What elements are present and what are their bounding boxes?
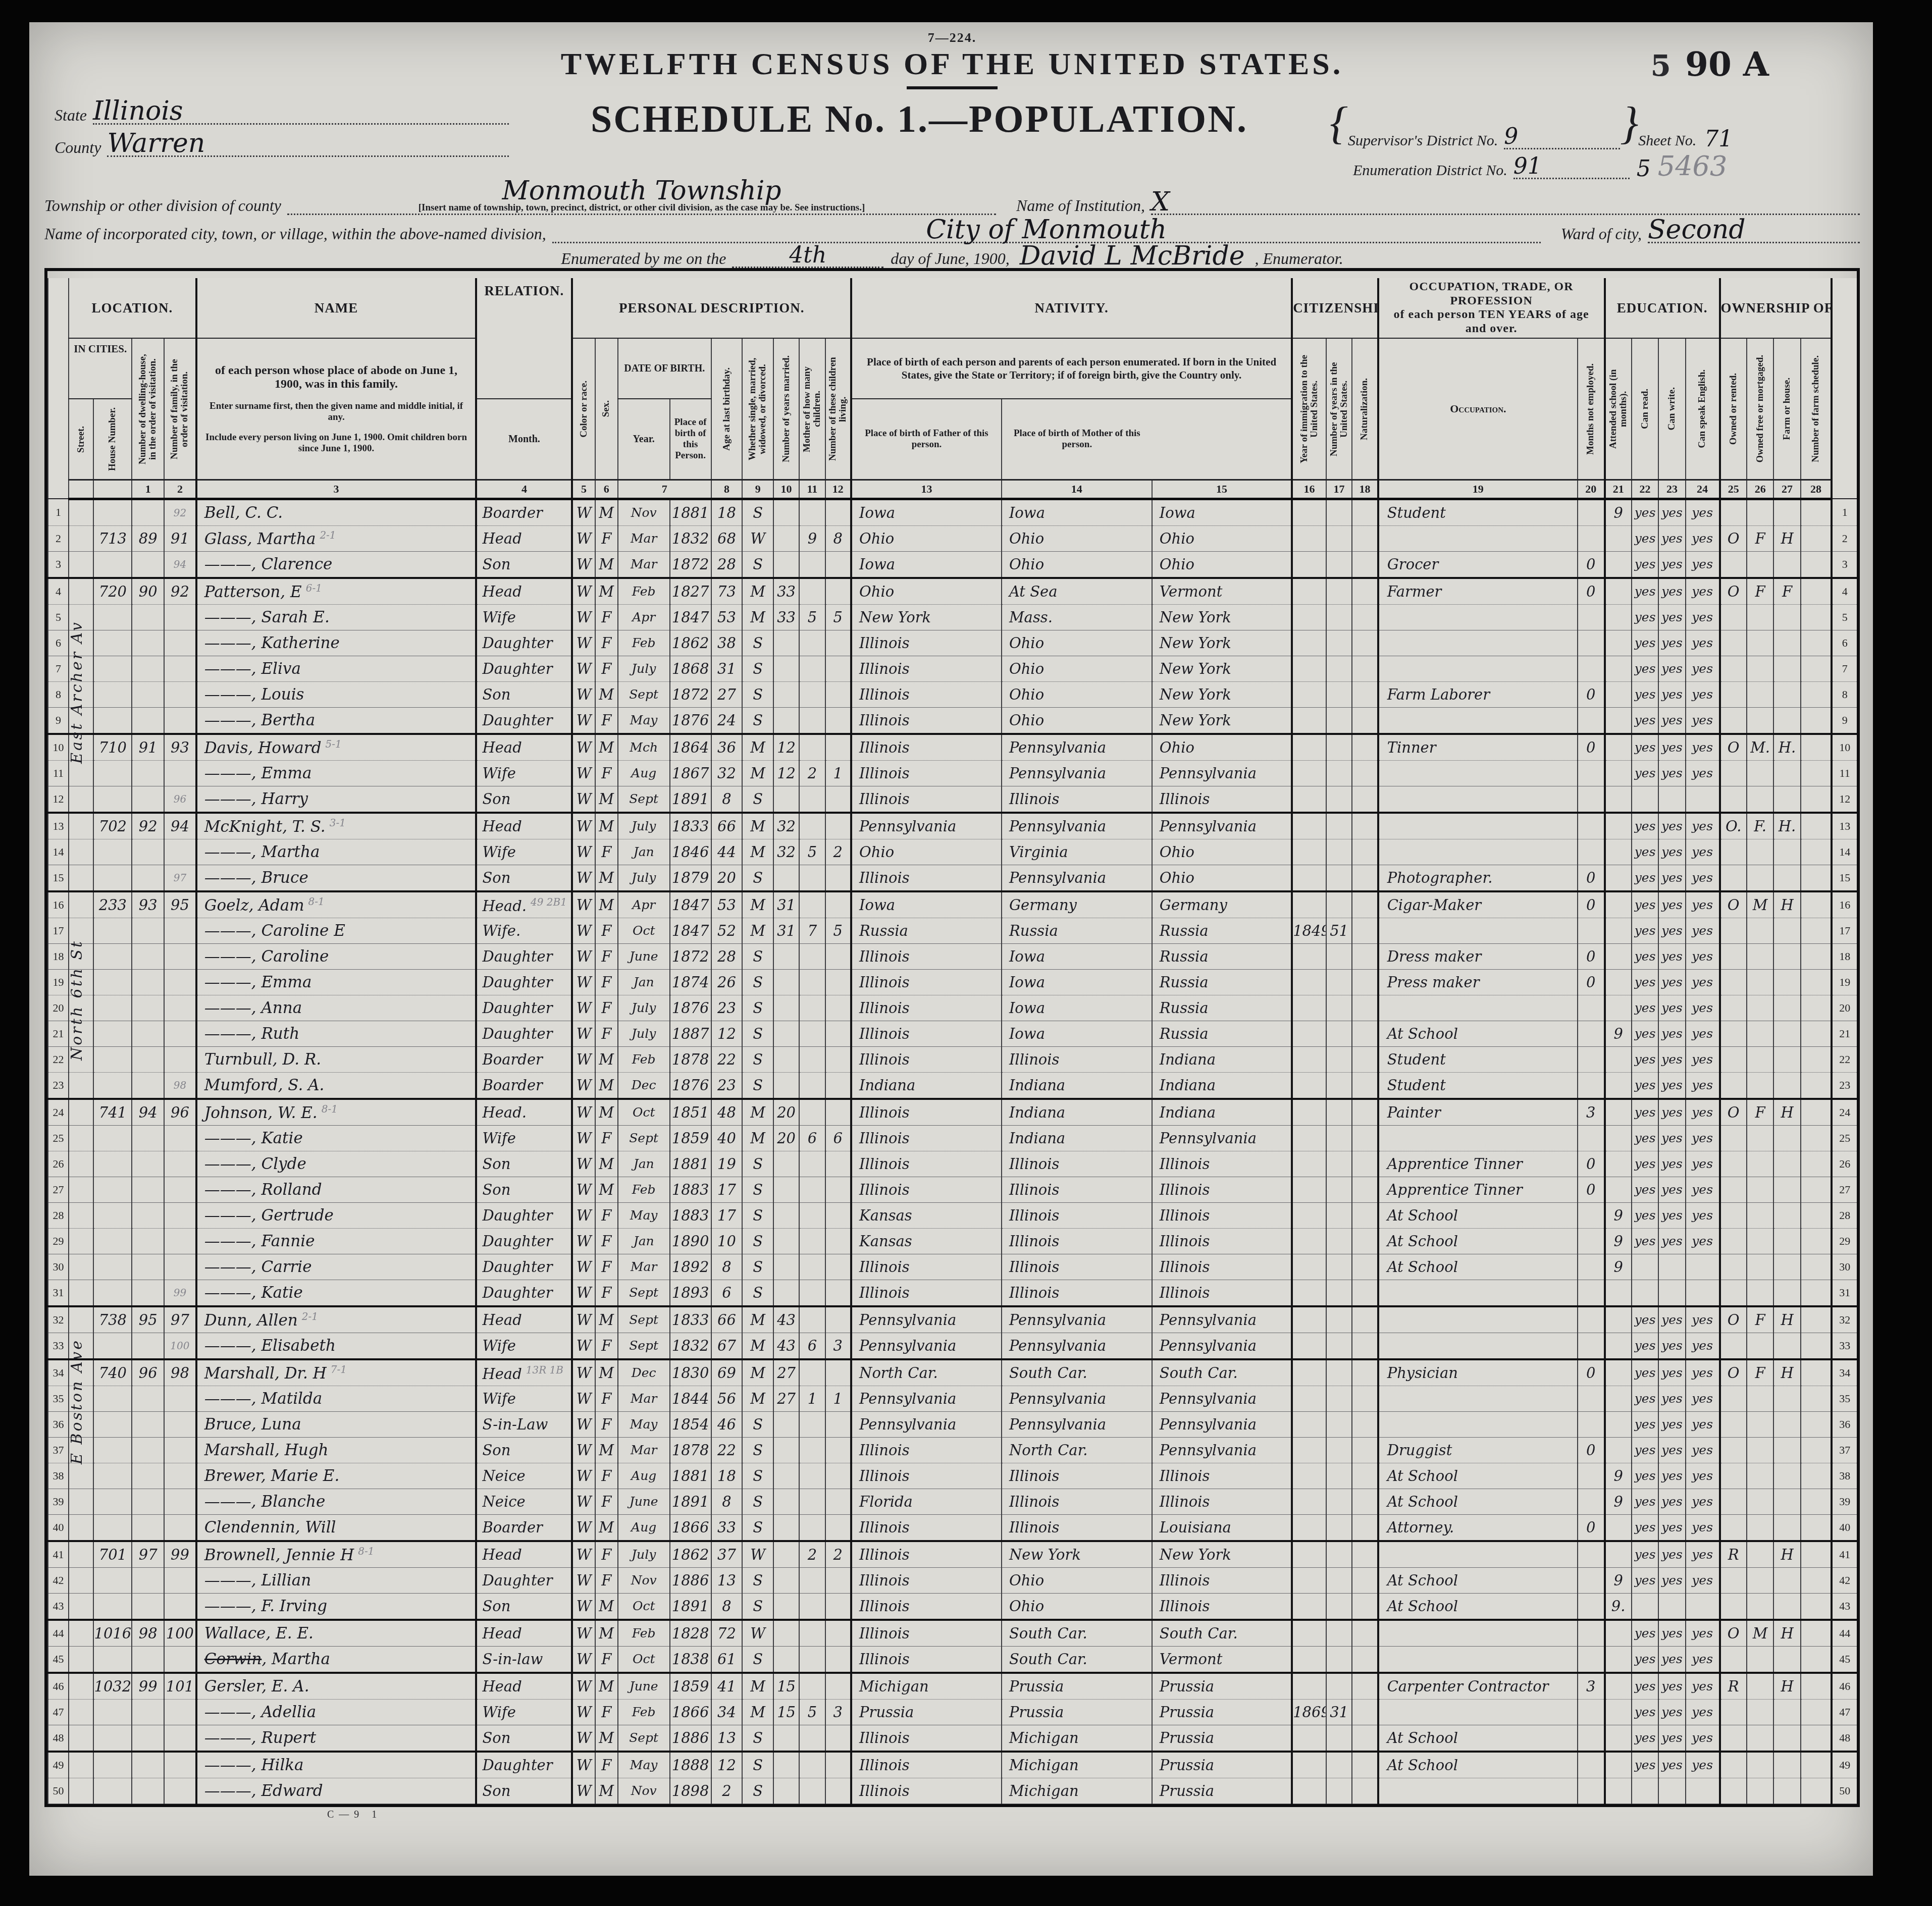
cell-fh <box>1773 499 1800 525</box>
cell-nm: Brownell, Jennie H8-1 <box>196 1541 477 1568</box>
cell-rl: Boarder <box>476 1072 572 1099</box>
cell-wr: yes <box>1658 1699 1685 1725</box>
cell-yu <box>1326 995 1352 1021</box>
col-dob: DATE OF BIRTH. <box>618 338 711 399</box>
cell-ym: 27 <box>773 1386 799 1411</box>
cell-en: yes <box>1686 1386 1720 1411</box>
cell-f <box>164 1489 196 1514</box>
cell-na <box>1352 551 1378 578</box>
cell-ms: W <box>742 1620 773 1647</box>
cell-rl: Head <box>476 813 572 839</box>
cell-d <box>132 918 164 943</box>
township-label: Township or other division of county <box>44 196 281 215</box>
cell-ue <box>1578 707 1604 734</box>
cell-om <box>1747 760 1773 786</box>
cell-d <box>132 1646 164 1673</box>
cell-c: W <box>572 656 595 681</box>
cell-mo: July <box>618 813 670 839</box>
cell-cl <box>825 656 851 681</box>
cell-h <box>93 551 132 578</box>
sheet-pencil: 5 <box>1637 159 1651 179</box>
table-row: 21———, RuthDaughterWFJuly188712SIllinois… <box>48 1021 1857 1046</box>
cell-fh <box>1773 1333 1800 1359</box>
cell-sc <box>1605 604 1632 630</box>
cell-f <box>164 969 196 995</box>
cell-sc <box>1605 1411 1632 1437</box>
cell-d <box>132 630 164 656</box>
cell-ow: O <box>1720 734 1747 761</box>
cell-yu <box>1326 1411 1352 1437</box>
cell-na <box>1352 1699 1378 1725</box>
cell-om <box>1747 1254 1773 1280</box>
cell-cl: 5 <box>825 604 851 630</box>
cell-pm: Prussia <box>1152 1725 1292 1752</box>
cell-pb: Illinois <box>851 1099 1002 1126</box>
cell-fs <box>1801 1778 1832 1804</box>
cell-f: 99 <box>164 1541 196 1568</box>
cell-f: 98 <box>164 1072 196 1099</box>
cell-f <box>164 1778 196 1804</box>
cell-c: W <box>572 969 595 995</box>
cell-fh <box>1773 1725 1800 1752</box>
cell-yr: 1876 <box>670 707 711 734</box>
cell-cl <box>825 1359 851 1386</box>
cell-rd: yes <box>1632 1567 1658 1593</box>
cell-ue <box>1578 1254 1604 1280</box>
cell-nm: ———, F. Irving <box>196 1593 477 1620</box>
cell-om <box>1747 1699 1773 1725</box>
cell-yr: 1890 <box>670 1228 711 1254</box>
census-sheet: 7—224. TWELFTH CENSUS OF THE UNITED STAT… <box>29 22 1873 1876</box>
cell-ym <box>773 1752 799 1778</box>
cell-ym: 32 <box>773 813 799 839</box>
cell-pm: New York <box>1152 656 1292 681</box>
cell-yr: 1847 <box>670 918 711 943</box>
cell-h <box>93 1202 132 1228</box>
cell-fs <box>1801 891 1832 918</box>
cell-sc: 9 <box>1605 1567 1632 1593</box>
cell-pb: Pennsylvania <box>851 813 1002 839</box>
cell-oc: Student <box>1378 1046 1578 1072</box>
cell-nm: ———, Eliva <box>196 656 477 681</box>
cell-d: 90 <box>132 578 164 605</box>
row-number-left: 29 <box>48 1228 69 1254</box>
cell-om: F <box>1747 1306 1773 1333</box>
cell-ym <box>773 1151 799 1177</box>
cell-en: yes <box>1686 1699 1720 1725</box>
cell-h <box>93 1333 132 1359</box>
cell-fs <box>1801 1359 1832 1386</box>
cell-ue <box>1578 525 1604 551</box>
cell-pm: Pennsylvania <box>1152 813 1292 839</box>
cell-rd <box>1632 786 1658 813</box>
cell-nm: ———, Gertrude <box>196 1202 477 1228</box>
cell-yr: 1866 <box>670 1514 711 1541</box>
cell-yu <box>1326 551 1352 578</box>
cell-om <box>1747 630 1773 656</box>
cell-h: 740 <box>93 1359 132 1386</box>
cell-h <box>93 865 132 891</box>
cell-ms: S <box>742 995 773 1021</box>
cell-fs <box>1801 604 1832 630</box>
cell-pm: New York <box>1152 604 1292 630</box>
cell-pb: Illinois <box>851 1567 1002 1593</box>
cell-yr: 1833 <box>670 813 711 839</box>
cell-f <box>164 707 196 734</box>
group-location: LOCATION. <box>69 278 196 338</box>
table-row: 137029294McKnight, T. S.3-1HeadWMJuly183… <box>48 813 1857 839</box>
cell-nm: Glass, Martha2-1 <box>196 525 477 551</box>
cell-cl <box>825 1778 851 1804</box>
cell-yr: 1851 <box>670 1099 711 1126</box>
cell-cl <box>825 1046 851 1072</box>
row-number-left: 45 <box>48 1646 69 1673</box>
cell-sc <box>1605 1541 1632 1568</box>
cell-f: 96 <box>164 1099 196 1126</box>
cell-wr <box>1658 1254 1685 1280</box>
cell-pb: Illinois <box>851 681 1002 707</box>
cell-ms: M <box>742 734 773 761</box>
cell-ow: O <box>1720 1306 1747 1333</box>
table-row: 44101698100Wallace, E. E.HeadWMFeb182872… <box>48 1620 1857 1647</box>
cell-om <box>1747 1046 1773 1072</box>
cell-ag: 41 <box>711 1673 743 1700</box>
cell-ue: 0 <box>1578 551 1604 578</box>
cell-nm: ———, Ruth <box>196 1021 477 1046</box>
cell-wr: yes <box>1658 1021 1685 1046</box>
cell-sc: 9 <box>1605 1021 1632 1046</box>
cell-rl: Son <box>476 1778 572 1804</box>
cell-h <box>93 656 132 681</box>
cell-pm: Illinois <box>1152 1463 1292 1489</box>
cell-fh: H. <box>1773 813 1800 839</box>
cell-s: M <box>595 1177 618 1202</box>
cell-pb: Ohio <box>851 578 1002 605</box>
cell-pf: Russia <box>1002 918 1152 943</box>
cell-oc <box>1378 1306 1578 1333</box>
row-number-left: 19 <box>48 969 69 995</box>
col-years-us: Number of years in the United States. <box>1329 352 1349 466</box>
cell-ag: 6 <box>711 1280 743 1306</box>
cell-mo: Oct <box>618 918 670 943</box>
cell-iy <box>1292 1099 1326 1126</box>
cell-en: yes <box>1686 1151 1720 1177</box>
cell-ue: 0 <box>1578 865 1604 891</box>
cell-pf: Iowa <box>1002 499 1152 525</box>
row-number-right: 26 <box>1832 1151 1857 1177</box>
cell-yu <box>1326 1463 1352 1489</box>
cell-oc: Attorney. <box>1378 1514 1578 1541</box>
cell-nm: ———, Emma <box>196 760 477 786</box>
cell-pf: Michigan <box>1002 1752 1152 1778</box>
cell-rd: yes <box>1632 760 1658 786</box>
col-month: Month. <box>476 399 572 480</box>
cell-ag: 44 <box>711 839 743 865</box>
table-row: 43———, F. IrvingSonWMOct18918SIllinoisOh… <box>48 1593 1857 1620</box>
cell-mo: Mar <box>618 1437 670 1463</box>
row-number-left: 18 <box>48 943 69 969</box>
cell-s: F <box>595 1202 618 1228</box>
table-row: 107109193Davis, Howard5-1HeadWMMch186436… <box>48 734 1857 761</box>
cell-pf: Pennsylvania <box>1002 1386 1152 1411</box>
cell-ms: S <box>742 1778 773 1804</box>
cell-pf: Iowa <box>1002 969 1152 995</box>
cell-s: M <box>595 1437 618 1463</box>
cell-fh <box>1773 656 1800 681</box>
cell-h <box>93 1280 132 1306</box>
cell-d <box>132 1489 164 1514</box>
table-row: 48———, RupertSonWMSept188613SIllinoisMic… <box>48 1725 1857 1752</box>
cell-ag: 27 <box>711 681 743 707</box>
cell-mo: Jan <box>618 839 670 865</box>
col-family: Number of family, in the order of visita… <box>170 352 190 466</box>
cell-yu <box>1326 656 1352 681</box>
sheet-stamp: 590 A <box>1651 44 1769 84</box>
cell-ow <box>1720 707 1747 734</box>
table-row: 1296———, HarrySonWMSept18918SIllinoisIll… <box>48 786 1857 813</box>
cell-h <box>93 1411 132 1437</box>
cell-s: F <box>595 1541 618 1568</box>
cell-fs <box>1801 734 1832 761</box>
cell-mc: 2 <box>799 760 825 786</box>
cell-ue <box>1578 813 1604 839</box>
cell-sc: 9 <box>1605 1202 1632 1228</box>
cell-h: 701 <box>93 1541 132 1568</box>
cell-sc <box>1605 1099 1632 1126</box>
cell-pb: Pennsylvania <box>851 1306 1002 1333</box>
cell-oc: At School <box>1378 1752 1578 1778</box>
cell-ms: S <box>742 969 773 995</box>
institution-value: X <box>1151 187 1170 217</box>
cell-ag: 18 <box>711 1463 743 1489</box>
cell-rl: Neice <box>476 1489 572 1514</box>
state-county-block: State Illinois County Warren <box>44 92 509 179</box>
cell-ue <box>1578 1752 1604 1778</box>
cell-en <box>1686 1280 1720 1306</box>
cell-s: M <box>595 1306 618 1333</box>
cell-yr: 1886 <box>670 1567 711 1593</box>
cell-mo: Mar <box>618 551 670 578</box>
cell-fs <box>1801 1125 1832 1151</box>
cell-pm: Indiana <box>1152 1072 1292 1099</box>
cell-yr: 1844 <box>670 1386 711 1411</box>
cell-s: F <box>595 1386 618 1411</box>
cell-cl: 1 <box>825 760 851 786</box>
cell-yu <box>1326 1228 1352 1254</box>
cell-yr: 1874 <box>670 969 711 995</box>
cell-wr: yes <box>1658 578 1685 605</box>
cell-fh <box>1773 1699 1800 1725</box>
cell-pf: Prussia <box>1002 1673 1152 1700</box>
cell-oc <box>1378 839 1578 865</box>
cell-ow <box>1720 1489 1747 1514</box>
cell-mc <box>799 1646 825 1673</box>
cell-ms: M <box>742 1699 773 1725</box>
cell-pb: Illinois <box>851 1437 1002 1463</box>
cell-c: W <box>572 604 595 630</box>
cell-mc: 6 <box>799 1125 825 1151</box>
cell-mc <box>799 813 825 839</box>
cell-pf: Ohio <box>1002 525 1152 551</box>
cell-yr: 1891 <box>670 786 711 813</box>
cell-mc <box>799 1306 825 1333</box>
cell-pb: Pennsylvania <box>851 1386 1002 1411</box>
cell-iy <box>1292 1752 1326 1778</box>
cell-fh <box>1773 760 1800 786</box>
cell-s: M <box>595 891 618 918</box>
cell-rd: yes <box>1632 1411 1658 1437</box>
cell-f <box>164 1514 196 1541</box>
cell-nm: Turnbull, D. R. <box>196 1046 477 1072</box>
cell-ue <box>1578 630 1604 656</box>
cell-fh: H. <box>1773 734 1800 761</box>
cell-nm: Wallace, E. E. <box>196 1620 477 1647</box>
cell-c: W <box>572 1752 595 1778</box>
cell-wr: yes <box>1658 1514 1685 1541</box>
cell-nm: ———, Martha <box>196 839 477 865</box>
cell-pf: Germany <box>1002 891 1152 918</box>
cell-pb: Illinois <box>851 1151 1002 1177</box>
col-occupation: Occupation. <box>1378 338 1578 480</box>
cell-ms: S <box>742 656 773 681</box>
cell-iy <box>1292 1593 1326 1620</box>
cell-cl <box>825 630 851 656</box>
cell-pm: Pennsylvania <box>1152 1333 1292 1359</box>
cell-mc <box>799 1673 825 1700</box>
cell-yu <box>1326 630 1352 656</box>
row-number-left: 34 <box>48 1359 69 1386</box>
cell-iy <box>1292 1072 1326 1099</box>
row-number-left: 24 <box>48 1099 69 1126</box>
cell-iy <box>1292 1177 1326 1202</box>
cell-ag: 22 <box>711 1046 743 1072</box>
cell-pf: Illinois <box>1002 1177 1152 1202</box>
row-number-left: 40 <box>48 1514 69 1541</box>
cell-mc <box>799 995 825 1021</box>
cell-fh <box>1773 1202 1800 1228</box>
group-occupation: OCCUPATION, TRADE, OR PROFESSIONof each … <box>1378 278 1605 338</box>
cell-s: M <box>595 1778 618 1804</box>
cell-na <box>1352 786 1378 813</box>
cell-yr: 1828 <box>670 1620 711 1647</box>
cell-fs <box>1801 1099 1832 1126</box>
cell-na <box>1352 1386 1378 1411</box>
cell-na <box>1352 499 1378 525</box>
cell-en: yes <box>1686 1489 1720 1514</box>
cell-fh <box>1773 969 1800 995</box>
col-age: Age at last birthday. <box>722 367 732 451</box>
footer-note: C—9 1 <box>327 1809 1860 1821</box>
cell-mc <box>799 707 825 734</box>
cell-iy <box>1292 1151 1326 1177</box>
cell-fs <box>1801 551 1832 578</box>
row-number-left: 22 <box>48 1046 69 1072</box>
cell-c: W <box>572 865 595 891</box>
col-pob-father: Place of birth of Father of this person. <box>851 399 1002 480</box>
cell-ue: 0 <box>1578 681 1604 707</box>
cell-mc: 1 <box>799 1386 825 1411</box>
cell-rl: Daughter <box>476 1280 572 1306</box>
cell-yr: 1876 <box>670 1072 711 1099</box>
cell-mo: May <box>618 707 670 734</box>
cell-sc <box>1605 1125 1632 1151</box>
cell-mc <box>799 499 825 525</box>
cell-ow <box>1720 499 1747 525</box>
cell-fs <box>1801 525 1832 551</box>
cell-f: 96 <box>164 786 196 813</box>
cell-ow <box>1720 1386 1747 1411</box>
cell-nm: ———, Adellia <box>196 1699 477 1725</box>
cell-en <box>1686 1593 1720 1620</box>
cell-mc: 9 <box>799 525 825 551</box>
table-row: 394———, ClarenceSonWMMar187228SIowaOhioO… <box>48 551 1857 578</box>
cell-f: 94 <box>164 551 196 578</box>
county-value: Warren <box>107 128 205 158</box>
row-number-right: 34 <box>1832 1359 1857 1386</box>
cell-ym <box>773 1072 799 1099</box>
cell-fs <box>1801 1151 1832 1177</box>
cell-om <box>1747 604 1773 630</box>
cell-ue <box>1578 604 1604 630</box>
cell-fs <box>1801 1202 1832 1228</box>
cell-pm: Prussia <box>1152 1752 1292 1778</box>
cell-ms: M <box>742 1673 773 1700</box>
cell-na <box>1352 1072 1378 1099</box>
cell-om <box>1747 969 1773 995</box>
cell-ow <box>1720 1567 1747 1593</box>
cell-ow <box>1720 1699 1747 1725</box>
cell-na <box>1352 1541 1378 1568</box>
cell-mo: July <box>618 995 670 1021</box>
cell-wr: yes <box>1658 1437 1685 1463</box>
row-number-left: 27 <box>48 1177 69 1202</box>
cell-ag: 73 <box>711 578 743 605</box>
cell-wr: yes <box>1658 1046 1685 1072</box>
cell-d <box>132 1254 164 1280</box>
cell-rd <box>1632 1280 1658 1306</box>
col-owned-rented: Owned or rented. <box>1729 373 1739 445</box>
cell-wr <box>1658 1593 1685 1620</box>
cell-pb: Illinois <box>851 1593 1002 1620</box>
cell-s: M <box>595 1673 618 1700</box>
table-row: 47209092Patterson, E6-1HeadWMFeb182773M3… <box>48 578 1857 605</box>
cell-ag: 72 <box>711 1620 743 1647</box>
cell-s: M <box>595 1151 618 1177</box>
cell-yu <box>1326 499 1352 525</box>
group-citizenship: CITIZENSHIP. <box>1292 278 1378 338</box>
cell-rl: Head <box>476 1620 572 1647</box>
table-row: 49———, HilkaDaughterWFMay188812SIllinois… <box>48 1752 1857 1778</box>
cell-fs <box>1801 1437 1832 1463</box>
cell-na <box>1352 1778 1378 1804</box>
cell-s: M <box>595 1725 618 1752</box>
cell-h <box>93 1072 132 1099</box>
enum-day: 4th <box>789 242 826 268</box>
cell-fs <box>1801 681 1832 707</box>
cell-pm: Illinois <box>1152 1567 1292 1593</box>
cell-rd: yes <box>1632 1306 1658 1333</box>
cell-ag: 13 <box>711 1567 743 1593</box>
cell-ue: 0 <box>1578 1514 1604 1541</box>
cell-oc: At School <box>1378 1725 1578 1752</box>
cell-ag: 61 <box>711 1646 743 1673</box>
cell-ym <box>773 1541 799 1568</box>
cell-rl: Son <box>476 1437 572 1463</box>
cell-c: W <box>572 1593 595 1620</box>
row-number-right: 28 <box>1832 1202 1857 1228</box>
cell-rd: yes <box>1632 1228 1658 1254</box>
cell-rl: Wife <box>476 1386 572 1411</box>
